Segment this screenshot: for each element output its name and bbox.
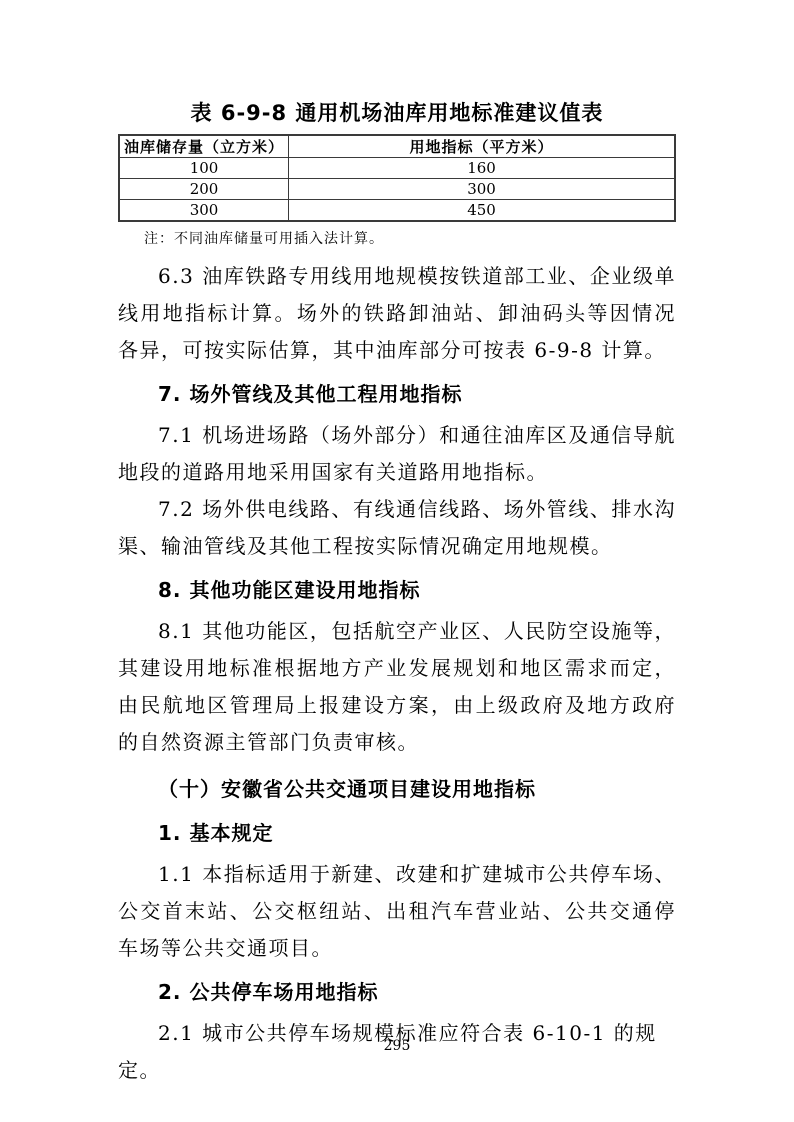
table-header-row: 油库储存量（立方米） 用地指标（平方米） — [119, 135, 675, 158]
paragraph-7-1: 7.1 机场进场路（场外部分）和通往油库区及通信导航地段的道路用地采用国家有关道… — [118, 417, 676, 491]
section-heading-10: （十）安徽省公共交通项目建设用地指标 — [118, 771, 676, 807]
paragraph-1-1: 1.1 本指标适用于新建、改建和扩建城市公共停车场、公交首末站、公交枢纽站、出租… — [118, 856, 676, 967]
heading-1: 1. 基本规定 — [118, 815, 676, 851]
page-number: 295 — [0, 1038, 794, 1054]
heading-8: 8. 其他功能区建设用地指标 — [118, 572, 676, 608]
heading-2: 2. 公共停车场用地指标 — [118, 974, 676, 1010]
paragraph-8-1: 8.1 其他功能区，包括航空产业区、人民防空设施等，其建设用地标准根据地方产业发… — [118, 613, 676, 761]
paragraph-6-3: 6.3 油库铁路专用线用地规模按铁道部工业、企业级单线用地指标计算。场外的铁路卸… — [118, 258, 676, 369]
table-cell-indicator: 160 — [289, 158, 675, 179]
table-cell-storage: 100 — [119, 158, 289, 179]
page-content: 表 6-9-8 通用机场油库用地标准建议值表 油库储存量（立方米） 用地指标（平… — [118, 100, 676, 1089]
document-page: 表 6-9-8 通用机场油库用地标准建议值表 油库储存量（立方米） 用地指标（平… — [0, 0, 794, 1122]
table-note: 注：不同油库储量可用插入法计算。 — [118, 230, 676, 248]
table-cell-indicator: 450 — [289, 200, 675, 222]
table-cell-storage: 300 — [119, 200, 289, 222]
heading-7: 7. 场外管线及其他工程用地指标 — [118, 376, 676, 412]
paragraph-7-2: 7.2 场外供电线路、有线通信线路、场外管线、排水沟渠、输油管线及其他工程按实际… — [118, 491, 676, 565]
table-title: 表 6-9-8 通用机场油库用地标准建议值表 — [118, 100, 676, 126]
fuel-depot-land-use-table: 油库储存量（立方米） 用地指标（平方米） 100 160 200 300 300… — [118, 134, 676, 222]
table-cell-indicator: 300 — [289, 179, 675, 200]
column-header-storage: 油库储存量（立方米） — [119, 135, 289, 158]
table-row: 100 160 — [119, 158, 675, 179]
table-row: 200 300 — [119, 179, 675, 200]
table-row: 300 450 — [119, 200, 675, 222]
column-header-land-indicator: 用地指标（平方米） — [289, 135, 675, 158]
table-cell-storage: 200 — [119, 179, 289, 200]
